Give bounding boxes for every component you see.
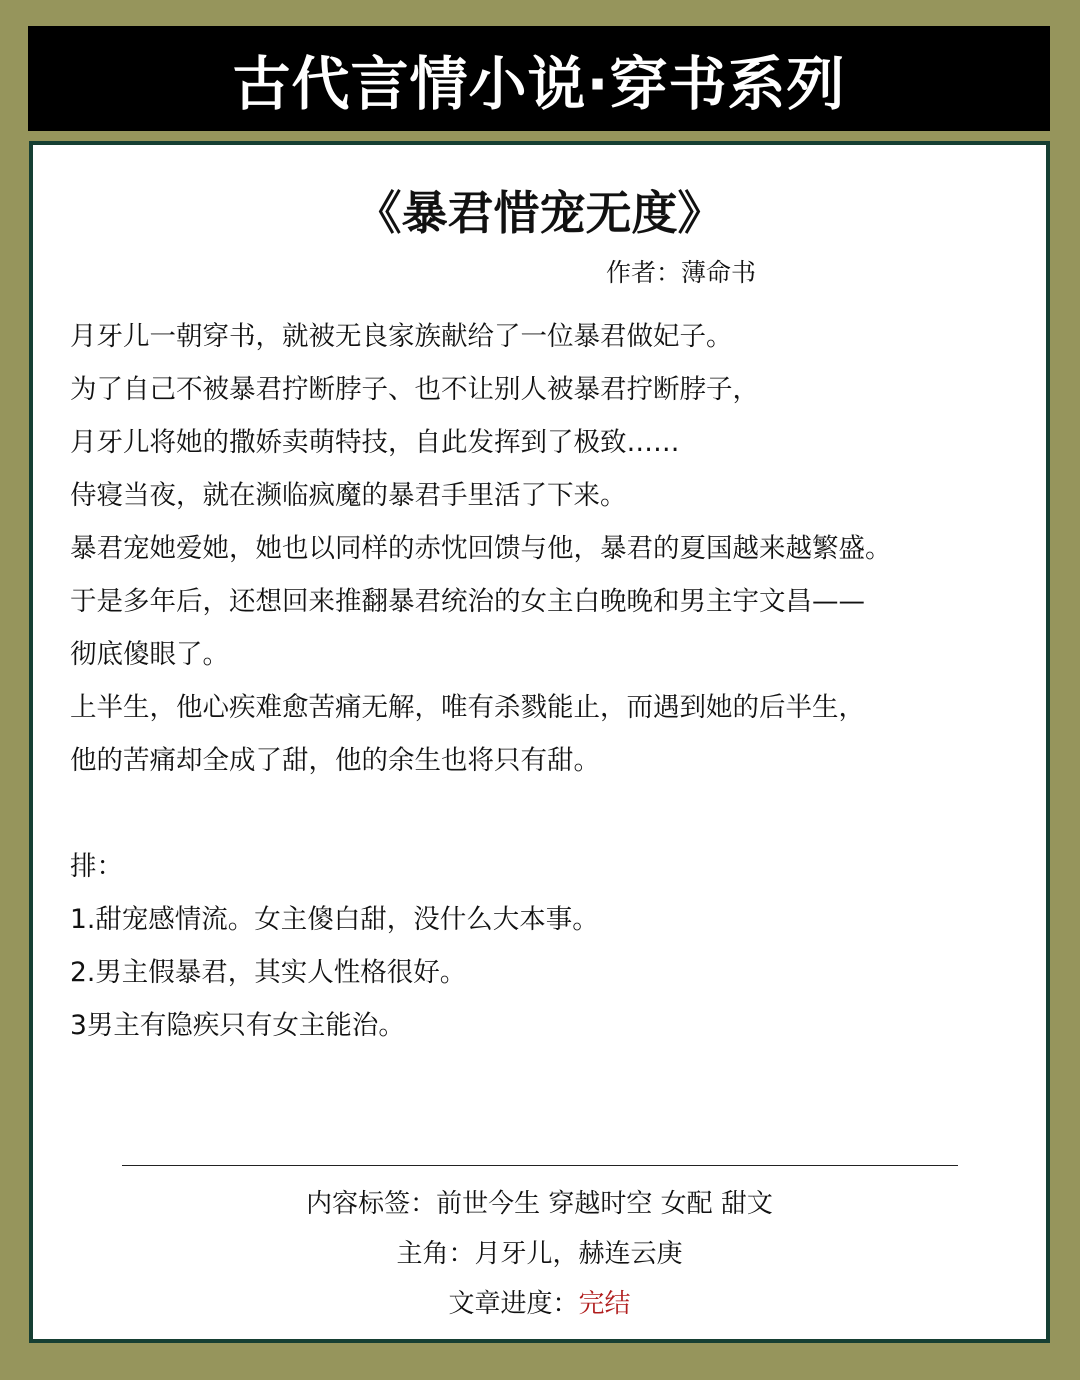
tags-value: 前世今生 穿越时空 女配 甜文 — [436, 1189, 773, 1219]
note-item: 1.甜宠感情流。女主傻白甜，没什么大本事。 — [70, 893, 1030, 946]
synopsis-line: 彻底傻眼了。 — [70, 628, 1030, 681]
synopsis-line: 月牙儿一朝穿书，就被无良家族献给了一位暴君做妃子。 — [70, 310, 1030, 363]
book-card: 《暴君惜宠无度》 作者：薄命书 月牙儿一朝穿书，就被无良家族献给了一位暴君做妃子… — [29, 141, 1050, 1343]
synopsis: 月牙儿一朝穿书，就被无良家族献给了一位暴君做妃子。 为了自己不被暴君拧断脖子、也… — [70, 310, 1030, 1052]
note-item: 3男主有隐疾只有女主能治。 — [70, 999, 1030, 1052]
tags-line: 内容标签：前世今生 穿越时空 女配 甜文 — [33, 1183, 1046, 1220]
author-line: 作者：薄命书 — [606, 253, 756, 289]
status-badge: 完结 — [579, 1289, 631, 1319]
status-label: 文章进度： — [448, 1289, 578, 1319]
protagonists-value: 月牙儿，赫连云庚 — [475, 1239, 683, 1269]
synopsis-line: 侍寝当夜，就在濒临疯魔的暴君手里活了下来。 — [70, 469, 1030, 522]
protagonists-label: 主角： — [396, 1239, 474, 1269]
synopsis-line: 他的苦痛却全成了甜，他的余生也将只有甜。 — [70, 734, 1030, 787]
note-item: 2.男主假暴君，其实人性格很好。 — [70, 946, 1030, 999]
synopsis-line: 于是多年后，还想回来推翻暴君统治的女主白晚晚和男主宇文昌—— — [70, 575, 1030, 628]
series-banner: 古代言情小说·穿书系列 — [28, 26, 1050, 131]
series-title: 古代言情小说·穿书系列 — [232, 37, 845, 121]
notes-label: 排： — [70, 840, 1030, 893]
spacer — [70, 787, 1030, 840]
protagonists-line: 主角：月牙儿，赫连云庚 — [33, 1233, 1046, 1270]
divider — [122, 1165, 958, 1166]
synopsis-line: 为了自己不被暴君拧断脖子、也不让别人被暴君拧断脖子， — [70, 363, 1030, 416]
author-label: 作者： — [606, 258, 681, 287]
author-name: 薄命书 — [681, 258, 756, 287]
book-title: 《暴君惜宠无度》 — [33, 177, 1046, 243]
status-line: 文章进度：完结 — [33, 1283, 1046, 1320]
synopsis-line: 上半生，他心疾难愈苦痛无解，唯有杀戮能止，而遇到她的后半生， — [70, 681, 1030, 734]
synopsis-line: 暴君宠她爱她，她也以同样的赤忱回馈与他，暴君的夏国越来越繁盛。 — [70, 522, 1030, 575]
synopsis-line: 月牙儿将她的撒娇卖萌特技，自此发挥到了极致…… — [70, 416, 1030, 469]
tags-label: 内容标签： — [306, 1189, 436, 1219]
